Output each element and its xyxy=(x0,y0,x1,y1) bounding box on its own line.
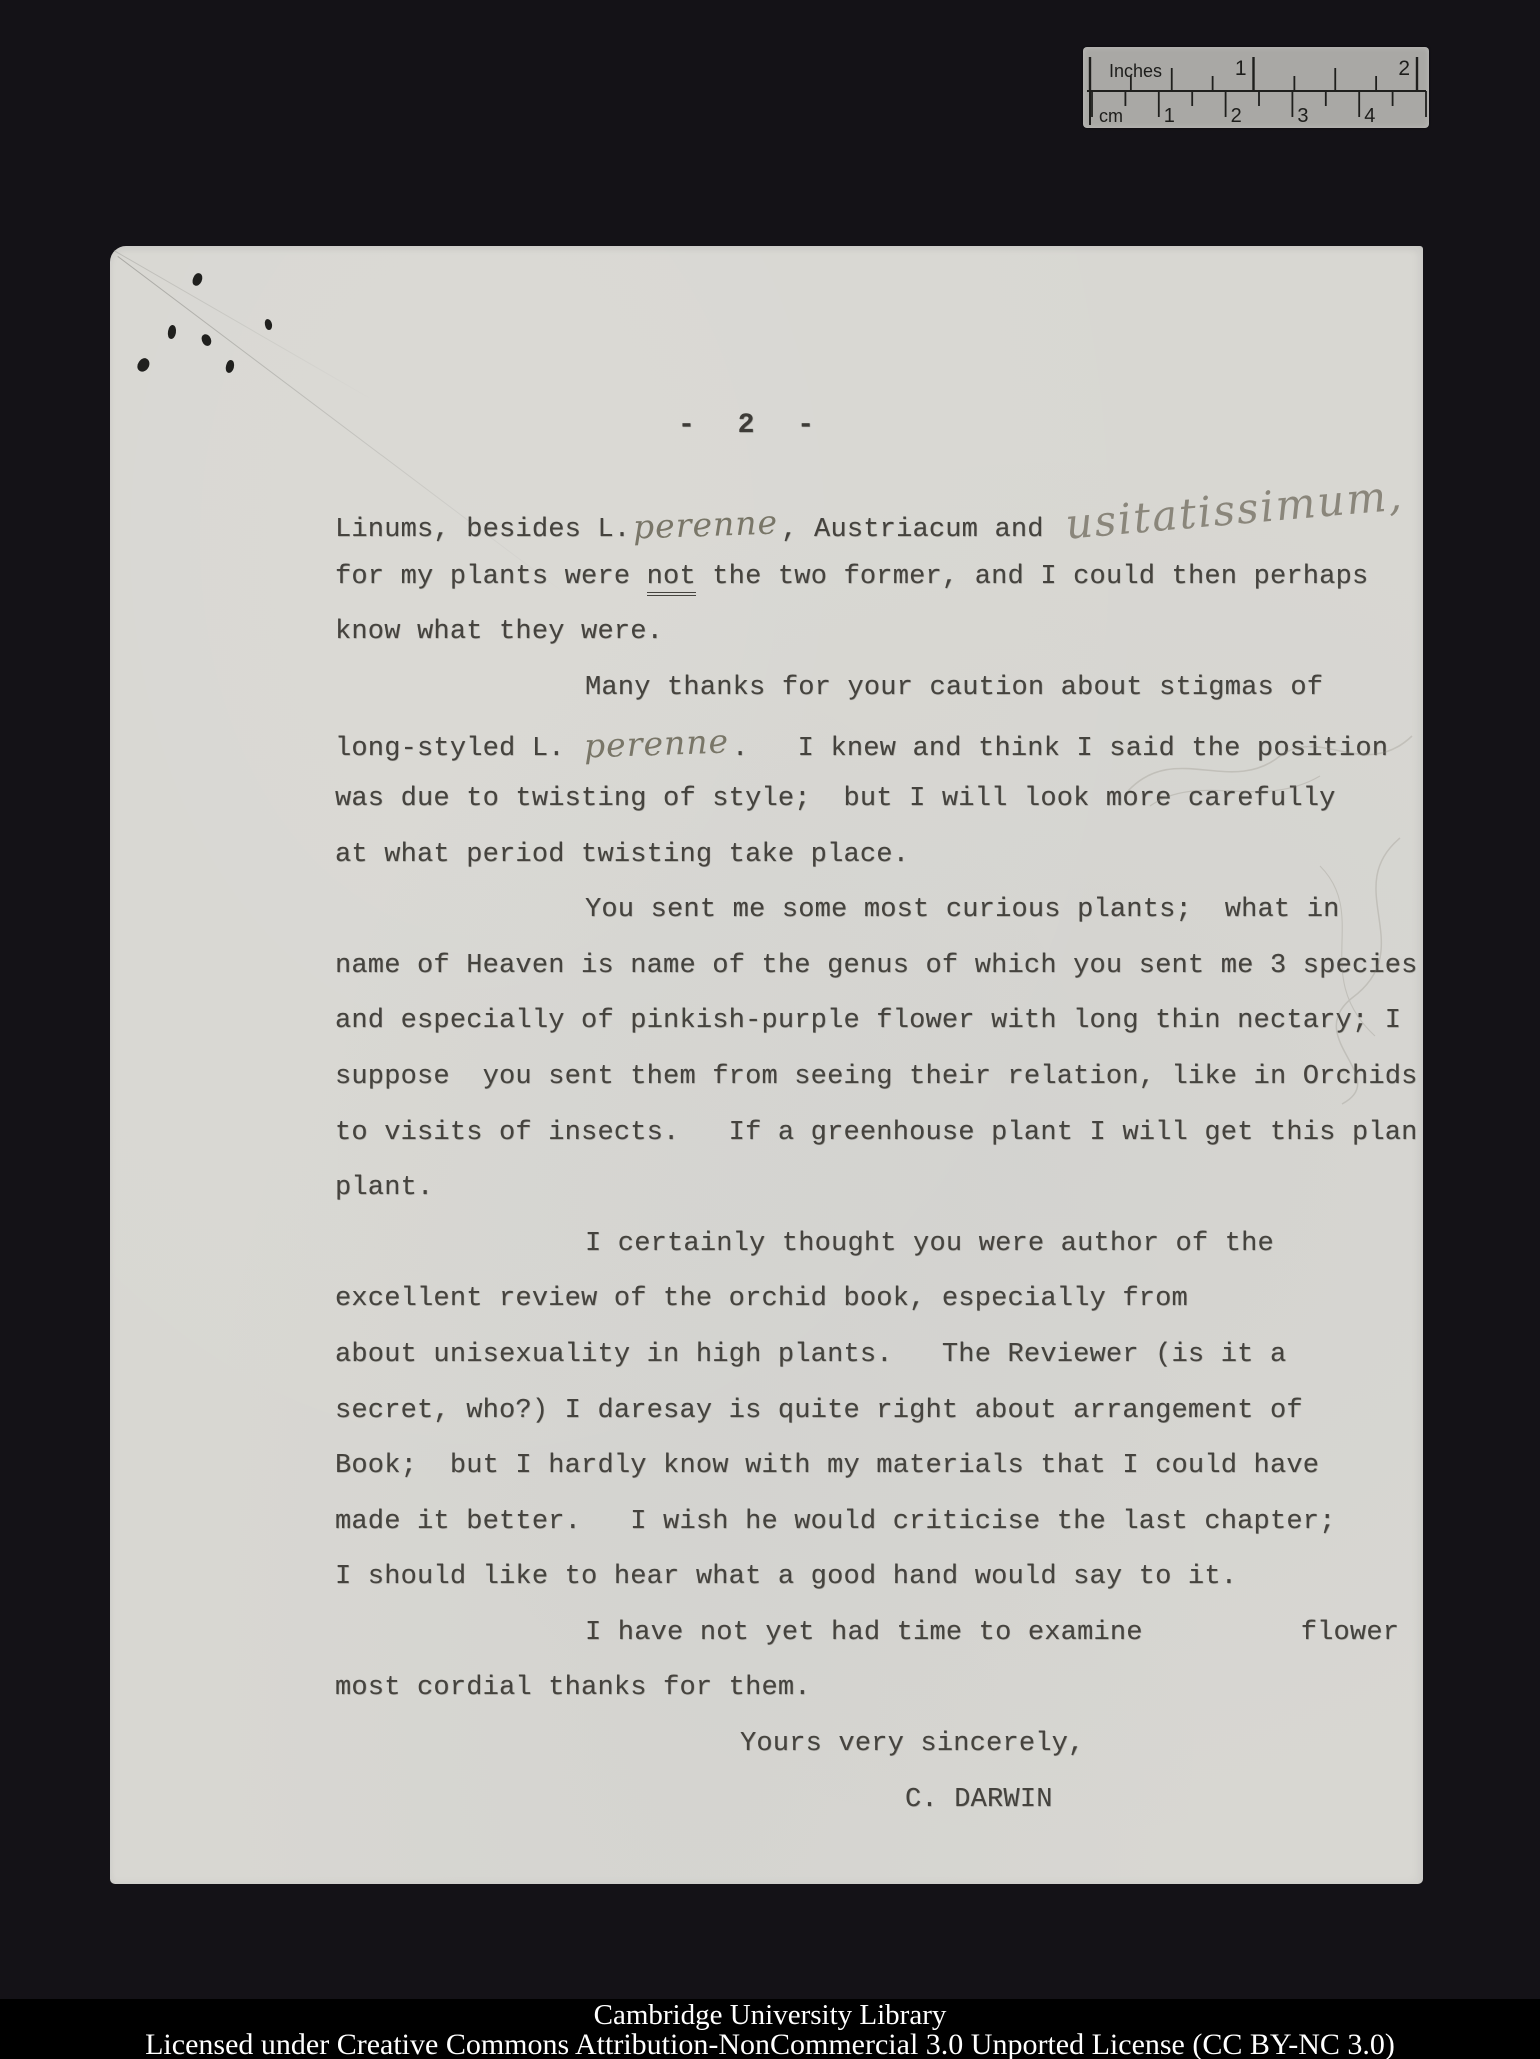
handwritten-text: perenne xyxy=(632,494,779,555)
pencil-scribble xyxy=(1280,826,1430,1116)
letter-line: and especially of pinkish-purple flower … xyxy=(335,994,1423,1050)
typed-text: flower xyxy=(1301,1618,1399,1648)
typed-text: Yours very sincerely, xyxy=(740,1729,1084,1759)
typed-text: You sent me some most curious plants; wh… xyxy=(585,895,1340,925)
typed-text: about unisexuality in high plants. The R… xyxy=(335,1340,1286,1370)
ruler-svg: 12Inches12345cm xyxy=(1083,47,1429,128)
letter-page: - 2 - Linums, besides L.perenne, Austria… xyxy=(110,246,1423,1884)
letter-line: for my plants were not the two former, a… xyxy=(335,550,1423,606)
typed-text: the two former, and I could then perhaps xyxy=(696,562,1369,592)
typed-text: I certainly thought you were author of t… xyxy=(585,1229,1274,1259)
letter-line: suppose you sent them from seeing their … xyxy=(335,1050,1423,1106)
typed-text: I have not yet had time to examine xyxy=(585,1618,1143,1648)
fold-crease xyxy=(114,250,374,401)
typed-text: suppose you sent them from seeing their … xyxy=(335,1062,1418,1092)
ruler-cm-number: 3 xyxy=(1297,105,1308,127)
ruler-cm-number: 1 xyxy=(1164,105,1175,127)
letter-paragraph: I certainly thought you were author of t… xyxy=(335,1217,1423,1606)
typed-text: plant. xyxy=(335,1173,433,1203)
ruler-inch-number: 2 xyxy=(1398,57,1410,80)
underlined-word: not xyxy=(647,562,696,596)
typed-text: to visits of insects. If a greenhouse pl… xyxy=(335,1118,1418,1148)
typed-text: at what period twisting take place. xyxy=(335,840,909,870)
measurement-ruler: 12Inches12345cm xyxy=(1083,47,1429,128)
paper-speck xyxy=(191,272,205,288)
letter-line: excellent review of the orchid book, esp… xyxy=(335,1272,1423,1328)
paper-speck xyxy=(167,324,177,339)
typed-text: secret, who?) I daresay is quite right a… xyxy=(335,1396,1303,1426)
typed-text: for my plants were xyxy=(335,562,647,592)
typed-text: excellent review of the orchid book, esp… xyxy=(335,1284,1188,1314)
letter-line: I certainly thought you were author of t… xyxy=(335,1217,1423,1273)
paper-speck xyxy=(264,318,273,330)
typed-text: and especially of pinkish-purple flower … xyxy=(335,1006,1401,1036)
paper-speck xyxy=(224,359,235,374)
pencil-scribble xyxy=(1120,696,1420,826)
letter-line: at what period twisting take place. xyxy=(335,828,1423,884)
attribution-line-2: Licensed under Creative Commons Attribut… xyxy=(0,2030,1540,2059)
typed-text: made it better. I wish he would criticis… xyxy=(335,1507,1336,1537)
letter-paragraph: You sent me some most curious plants; wh… xyxy=(335,883,1423,1217)
paper-speck xyxy=(200,333,213,347)
page-number: - 2 - xyxy=(678,398,1423,453)
typed-text: I should like to hear what a good hand w… xyxy=(335,1562,1237,1592)
letter-paragraph: Yours very sincerely,C. DARWIN xyxy=(335,1717,1423,1828)
letter-line: most cordial thanks for them. xyxy=(335,1661,1423,1717)
ruler-inch-number: 1 xyxy=(1235,57,1247,80)
letter-line: plant. xyxy=(335,1161,1423,1217)
attribution-bar: Cambridge University Library Licensed un… xyxy=(0,1999,1540,2059)
typed-text: C. DARWIN xyxy=(905,1785,1053,1815)
typed-text: Book; but I hardly know with my material… xyxy=(335,1451,1319,1481)
letter-line: Book; but I hardly know with my material… xyxy=(335,1439,1423,1495)
ruler-inches-label: Inches xyxy=(1109,61,1162,81)
typed-text: , Austriacum and xyxy=(781,515,1060,545)
letter-line: C. DARWIN xyxy=(335,1773,1423,1829)
letter-line: Yours very sincerely, xyxy=(335,1717,1423,1773)
ruler-cm-number: 2 xyxy=(1231,105,1242,127)
ruler-cm-number: 4 xyxy=(1364,105,1375,127)
attribution-line-1: Cambridge University Library xyxy=(0,1999,1540,2030)
letter-line: name of Heaven is name of the genus of w… xyxy=(335,939,1423,995)
letter-line: made it better. I wish he would criticis… xyxy=(335,1495,1423,1551)
letter-line: I have not yet had time to examineflower xyxy=(335,1606,1423,1662)
letter-line: You sent me some most curious plants; wh… xyxy=(335,883,1423,939)
handwritten-text: usitatissimum, xyxy=(1063,467,1405,552)
letter-line: about unisexuality in high plants. The R… xyxy=(335,1328,1423,1384)
typed-text: most cordial thanks for them. xyxy=(335,1673,811,1703)
letter-line: secret, who?) I daresay is quite right a… xyxy=(335,1384,1423,1440)
scan-background: 12Inches12345cm - 2 - Linums, besides L.… xyxy=(0,0,1540,2059)
letter-body: Linums, besides L.perenne, Austriacum an… xyxy=(335,494,1423,1828)
letter-paragraph: Linums, besides L.perenne, Austriacum an… xyxy=(335,494,1423,661)
paper-speck xyxy=(135,356,152,374)
typed-text: long-styled L. xyxy=(335,734,581,764)
letter-line: know what they were. xyxy=(335,605,1423,661)
typed-text: name of Heaven is name of the genus of w… xyxy=(335,951,1418,981)
letter-line: I should like to hear what a good hand w… xyxy=(335,1550,1423,1606)
letter-line: Linums, besides L.perenne, Austriacum an… xyxy=(335,494,1423,550)
handwritten-text: perenne xyxy=(583,714,730,775)
letter-paragraph: I have not yet had time to examineflower… xyxy=(335,1606,1423,1717)
letter-line: to visits of insects. If a greenhouse pl… xyxy=(335,1106,1423,1162)
ruler-cm-label: cm xyxy=(1099,106,1123,126)
typed-text: know what they were. xyxy=(335,617,663,647)
